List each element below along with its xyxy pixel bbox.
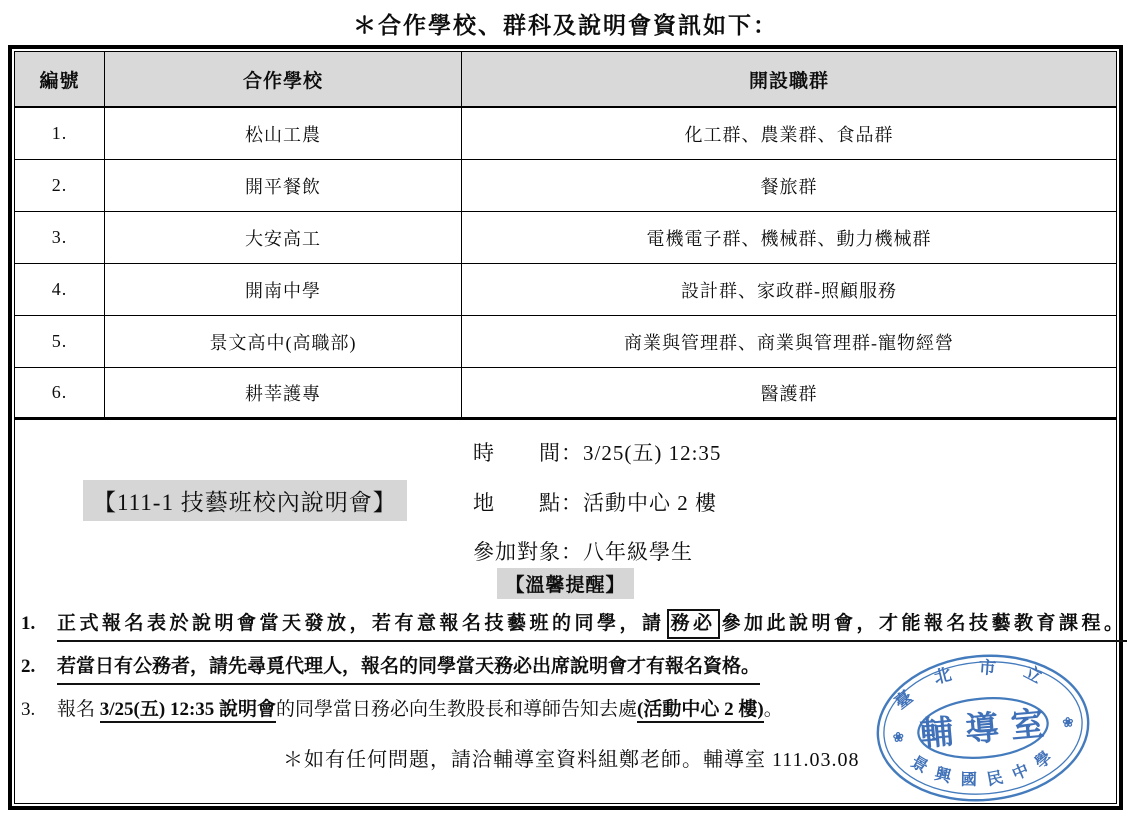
document-frame: 編號 合作學校 開設職群 1. 松山工農 化工群、農業群、食品群 2. 開平餐飲…	[8, 45, 1123, 810]
reminder-item-3-seg2: 3/25(五) 12:35 說明會	[100, 699, 276, 723]
reminder-title-wrap: 【溫馨提醒】	[15, 568, 1116, 599]
document-frame-inner: 編號 合作學校 開設職群 1. 松山工農 化工群、農業群、食品群 2. 開平餐飲…	[14, 51, 1117, 804]
session-target-value: 八年級學生	[583, 540, 693, 564]
session-place-label: 地 點：	[473, 491, 583, 515]
reminder-item-1-text: 正式報名表於說明會當天發放，若有意報名技藝班的同學，請務必參加此說明會，才能報名…	[57, 609, 1127, 642]
col-header-number: 編號	[15, 52, 105, 108]
session-time-line: 時 間：3/25(五) 12:35	[473, 437, 721, 467]
document-sheet: ＊合作學校、群科及說明會資訊如下： 編號 合作學校 開設職群 1. 松山工農 化…	[0, 0, 1131, 813]
reminder-item-2-number: 2.	[21, 652, 57, 682]
reminder-item-3-number: 3.	[21, 695, 57, 725]
reminder-item-3-text: 報名 3/25(五) 12:35 說明會的同學當日務必向生教股長和導師告知去處(…	[57, 695, 783, 725]
row-groups: 電機電子群、機械群、動力機械群	[462, 212, 1116, 264]
footer-note: ＊如有任何問題，請洽輔導室資料組鄭老師。輔導室 111.03.08	[283, 743, 860, 772]
reminder-item-1: 1. 正式報名表於說明會當天發放，若有意報名技藝班的同學，請務必參加此說明會，才…	[21, 609, 1112, 642]
session-time-value: 3/25(五) 12:35	[583, 441, 721, 465]
reminder-item-1-pre: 正式報名表於說明會當天發放，若有意報名技藝班的同學，請	[57, 613, 665, 634]
row-number: 2.	[15, 160, 105, 212]
row-school: 松山工農	[105, 108, 462, 160]
col-header-groups: 開設職群	[462, 52, 1116, 108]
reminder-item-1-number: 1.	[21, 609, 57, 639]
row-school: 景文高中(高職部)	[105, 316, 462, 368]
row-number: 5.	[15, 316, 105, 368]
session-title-highlight: 【111-1 技藝班校內說明會】	[83, 480, 407, 521]
seal-center-text: 輔導室	[918, 704, 1058, 754]
cooperating-schools-table: 編號 合作學校 開設職群 1. 松山工農 化工群、農業群、食品群 2. 開平餐飲…	[15, 52, 1116, 420]
row-school: 開平餐飲	[105, 160, 462, 212]
reminder-item-3-seg3: 的同學當日務必向生教股長和導師告知去處	[276, 699, 637, 720]
row-school: 大安高工	[105, 212, 462, 264]
col-header-school: 合作學校	[105, 52, 462, 108]
session-target-label: 參加對象：	[473, 540, 583, 564]
row-school: 耕莘護專	[105, 368, 462, 420]
school-seal-stamp: 臺北市立 景興國民中學 輔導室 ❀ ❀	[873, 652, 1093, 804]
row-groups: 醫護群	[462, 368, 1116, 420]
plum-blossom-icon: ❀	[892, 729, 904, 745]
row-number: 1.	[15, 108, 105, 160]
page-title: ＊合作學校、群科及說明會資訊如下：	[0, 7, 1131, 40]
seal-top-text: 臺北市立	[888, 652, 1070, 714]
reminder-item-3-seg1: 報名	[57, 699, 100, 720]
boxed-emphasis: 務必	[667, 609, 720, 639]
session-place-line: 地 點：活動中心 2 樓	[473, 487, 717, 517]
row-groups: 化工群、農業群、食品群	[462, 108, 1116, 160]
reminder-title-highlight: 【溫馨提醒】	[497, 568, 633, 599]
seal-top-textpath: 臺北市立	[888, 652, 1070, 714]
row-groups: 餐旅群	[462, 160, 1116, 212]
row-groups: 設計群、家政群-照顧服務	[462, 264, 1116, 316]
seal-svg: 臺北市立 景興國民中學 輔導室 ❀ ❀	[873, 652, 1093, 804]
reminder-item-2-text: 若當日有公務者，請先尋覓代理人，報名的同學當天務必出席說明會才有報名資格。	[57, 652, 760, 685]
session-place-value: 活動中心 2 樓	[583, 491, 717, 515]
row-groups: 商業與管理群、商業與管理群-寵物經營	[462, 316, 1116, 368]
row-number: 3.	[15, 212, 105, 264]
plum-blossom-icon: ❀	[1062, 714, 1074, 730]
reminder-item-3-seg5: 。	[764, 699, 783, 720]
row-number: 6.	[15, 368, 105, 420]
row-number: 4.	[15, 264, 105, 316]
reminder-item-3-seg4: (活動中心 2 樓)	[637, 699, 764, 723]
session-target-line: 參加對象：八年級學生	[473, 536, 693, 566]
row-school: 開南中學	[105, 264, 462, 316]
session-time-label: 時 間：	[473, 441, 583, 465]
reminder-item-1-post: 參加此說明會，才能報名技藝教育課程。	[722, 613, 1127, 634]
